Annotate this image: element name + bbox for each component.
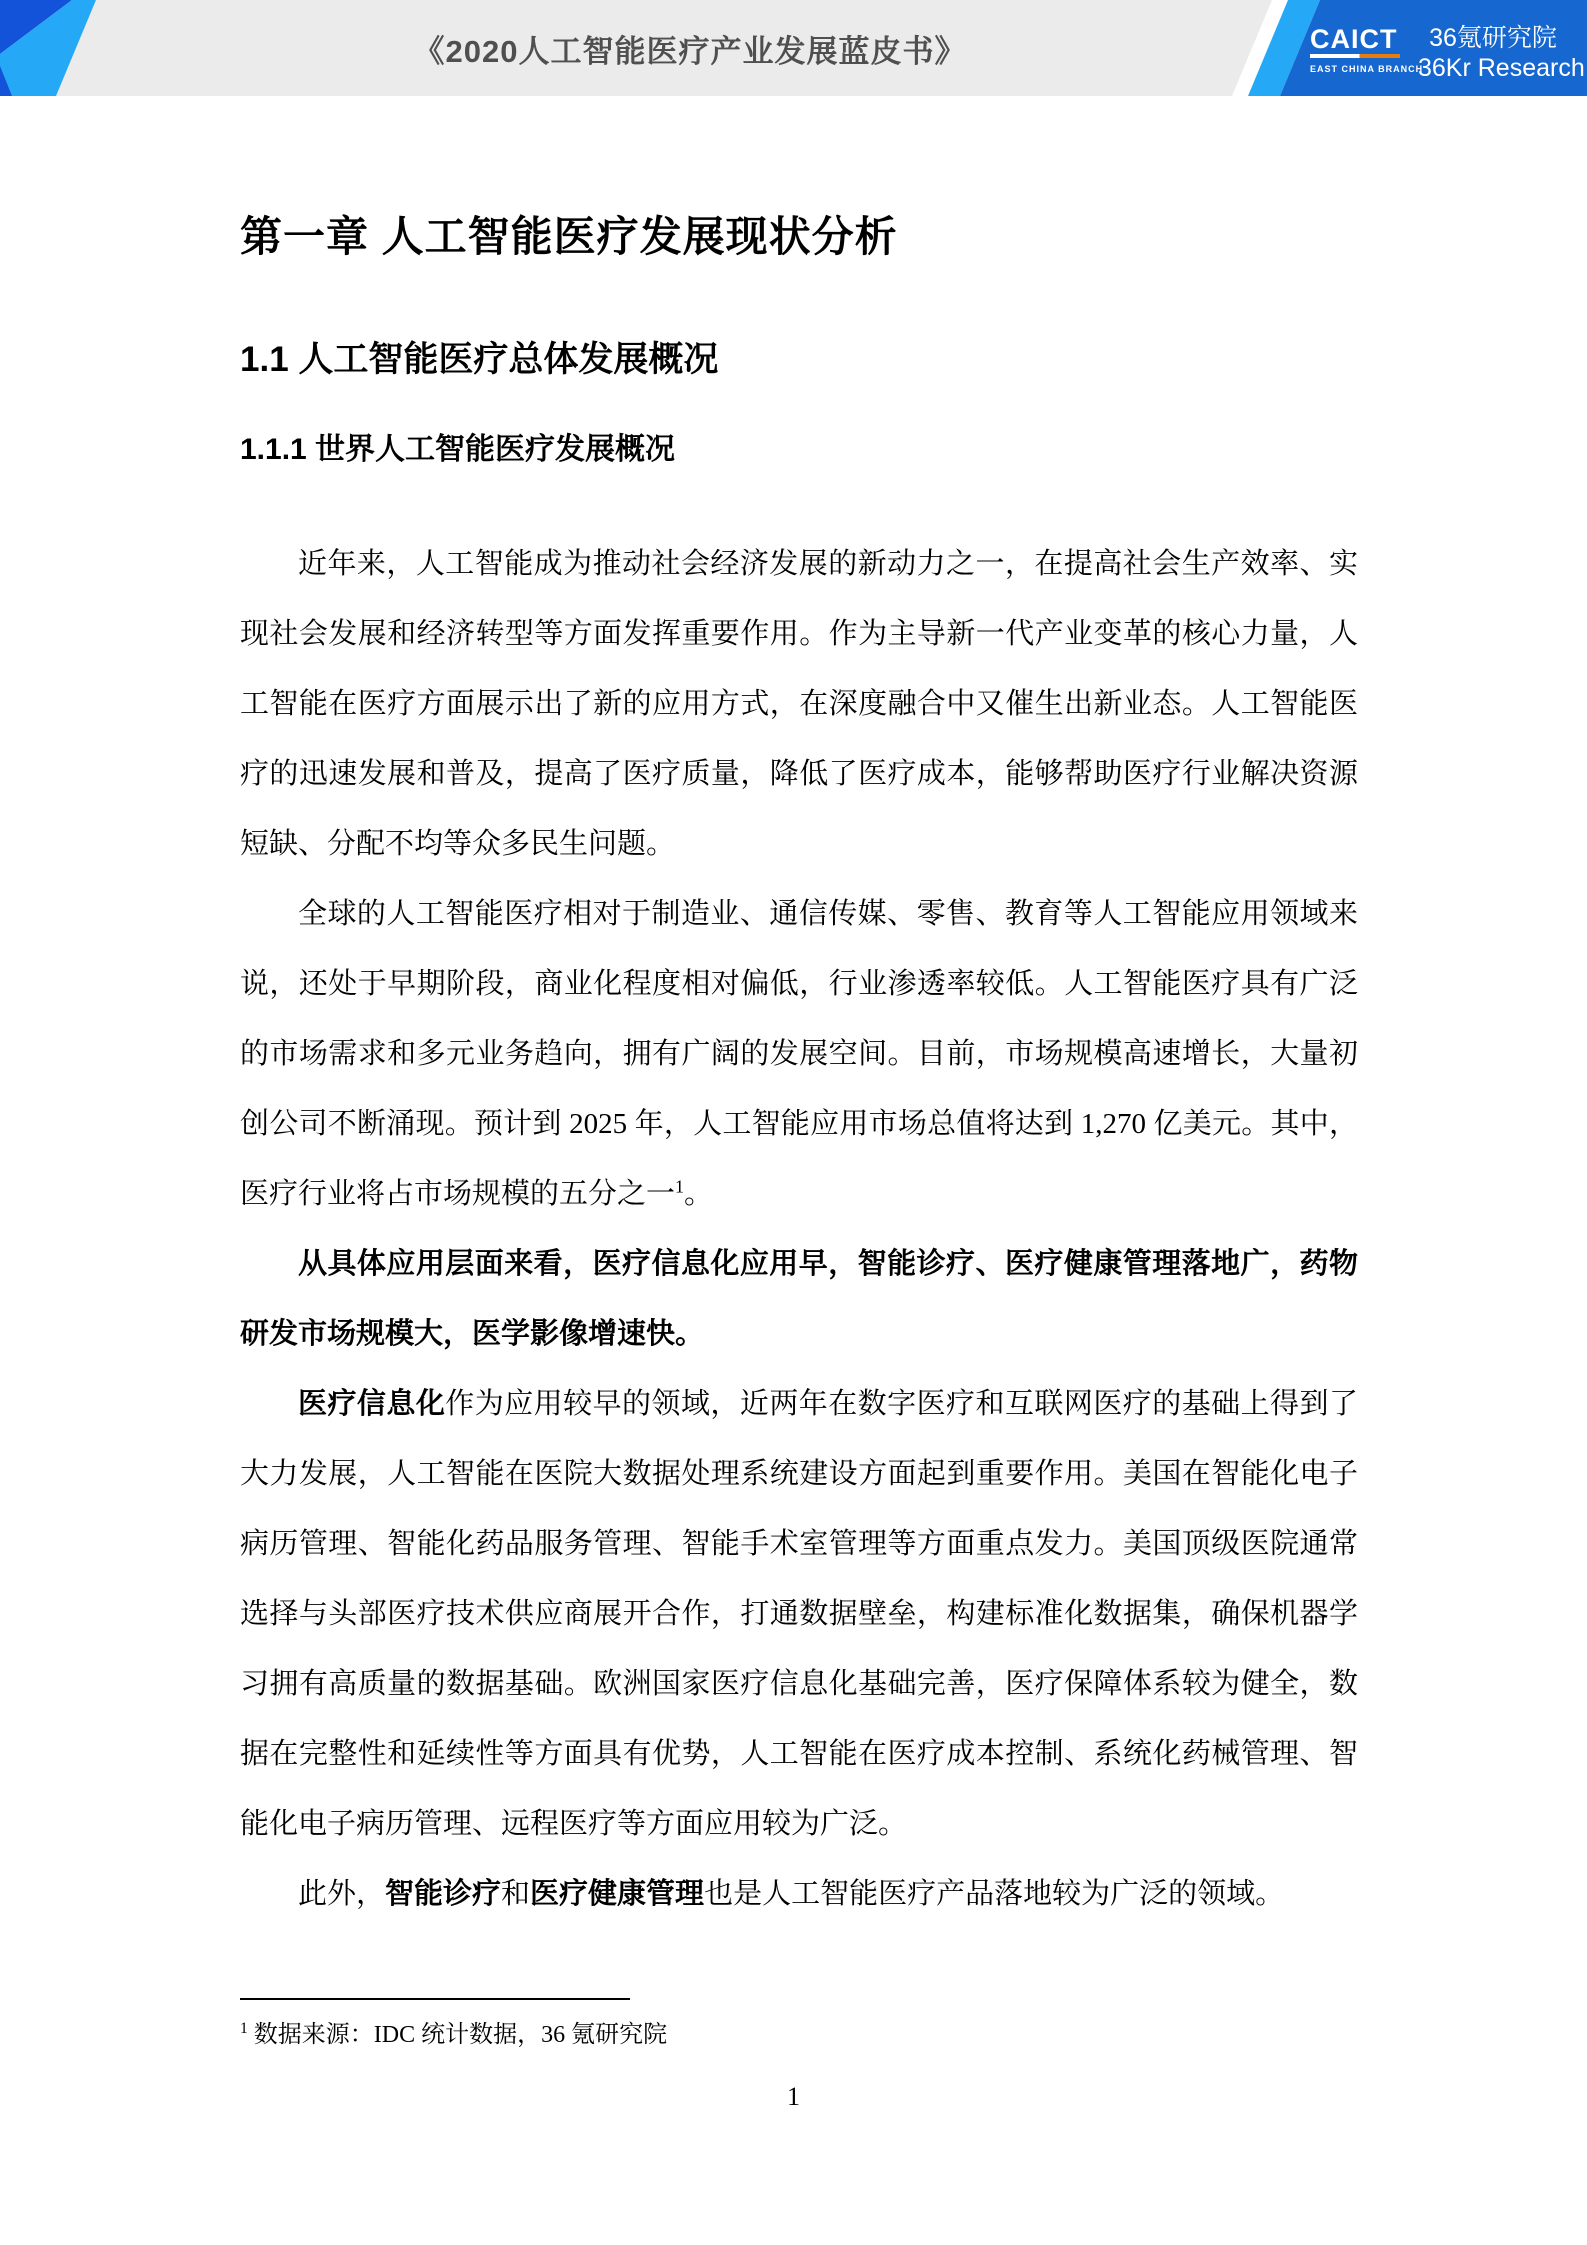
caict-logo: CAICT EAST CHINA BRANCH [1310, 26, 1406, 74]
bold-text-segment: 从具体应用层面来看，医疗信息化应用早，智能诊疗、医疗健康管理落地广，药物研发市场… [240, 1248, 1358, 1350]
footnote: 1 数据来源：IDC 统计数据，36 氪研究院 [240, 1998, 1358, 2049]
caict-logo-underline [1310, 54, 1400, 58]
subsection-heading: 1.1.1 世界人工智能医疗发展概况 [240, 431, 1358, 469]
body-paragraphs: 近年来，人工智能成为推动社会经济发展的新动力之一，在提高社会生产效率、实现社会发… [240, 529, 1358, 1929]
text-segment: 作为应用较早的领域，近两年在数字医疗和互联网医疗的基础上得到了大力发展，人工智能… [240, 1388, 1358, 1840]
chapter-heading: 第一章 人工智能医疗发展现状分析 [240, 212, 1358, 262]
page-number: 1 [0, 2082, 1587, 2112]
footnote-marker: 1 [240, 2020, 248, 2037]
document-page: 《2020人工智能医疗产业发展蓝皮书》 CAICT EAST CHINA BRA… [0, 0, 1587, 2245]
paragraph: 医疗信息化作为应用较早的领域，近两年在数字医疗和互联网医疗的基础上得到了大力发展… [240, 1369, 1358, 1859]
page-header: 《2020人工智能医疗产业发展蓝皮书》 CAICT EAST CHINA BRA… [0, 0, 1587, 96]
footnote-text: 1 数据来源：IDC 统计数据，36 氪研究院 [240, 2014, 1358, 2049]
text-segment: 和 [501, 1878, 530, 1910]
section-heading: 1.1 人工智能医疗总体发展概况 [240, 338, 1358, 382]
paragraph: 全球的人工智能医疗相对于制造业、通信传媒、零售、教育等人工智能应用领域来说，还处… [240, 879, 1358, 1229]
text-segment: 1 [675, 1176, 684, 1196]
bold-text-segment: 智能诊疗 [385, 1878, 501, 1910]
org-name-en: 36Kr Research [1418, 53, 1568, 83]
text-segment: 也是人工智能医疗产品落地较为广泛的领域。 [704, 1878, 1284, 1910]
paragraph: 此外，智能诊疗和医疗健康管理也是人工智能医疗产品落地较为广泛的领域。 [240, 1859, 1358, 1929]
org-name: 36氪研究院 36Kr Research [1418, 24, 1568, 83]
paragraph: 近年来，人工智能成为推动社会经济发展的新动力之一，在提高社会生产效率、实现社会发… [240, 529, 1358, 879]
footnote-body: 数据来源：IDC 统计数据，36 氪研究院 [254, 2022, 667, 2048]
text-segment: 近年来，人工智能成为推动社会经济发展的新动力之一，在提高社会生产效率、实现社会发… [240, 548, 1358, 860]
text-segment: 。 [684, 1178, 713, 1210]
paragraph: 从具体应用层面来看，医疗信息化应用早，智能诊疗、医疗健康管理落地广，药物研发市场… [240, 1229, 1358, 1369]
document-title: 《2020人工智能医疗产业发展蓝皮书》 [380, 0, 1000, 96]
footnote-separator [240, 1998, 630, 2000]
caict-logo-subtitle: EAST CHINA BRANCH [1310, 64, 1406, 74]
text-segment: 此外， [298, 1878, 385, 1910]
document-content: 第一章 人工智能医疗发展现状分析 1.1 人工智能医疗总体发展概况 1.1.1 … [240, 96, 1358, 1929]
org-name-cn: 36氪研究院 [1418, 24, 1568, 53]
bold-text-segment: 医疗信息化 [298, 1388, 445, 1420]
caict-logo-text: CAICT [1310, 26, 1406, 52]
text-segment: 全球的人工智能医疗相对于制造业、通信传媒、零售、教育等人工智能应用领域来说，还处… [240, 898, 1358, 1210]
bold-text-segment: 医疗健康管理 [530, 1878, 704, 1910]
